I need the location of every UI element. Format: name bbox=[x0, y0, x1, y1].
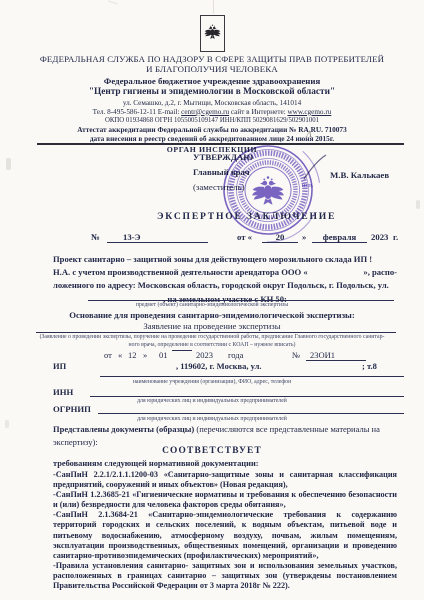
contact-line: Тел. 8-495-586-12-11 E-mail: centr@cgemo… bbox=[0, 108, 424, 116]
verdict-title: СООТВЕТСТВУЕТ bbox=[0, 446, 424, 456]
scan-speck bbox=[6, 158, 11, 170]
app-quote-close: » bbox=[143, 350, 147, 360]
ogrnip-caption: для юридических лиц и индивидуальных пре… bbox=[0, 416, 424, 422]
scan-speck bbox=[416, 200, 420, 209]
email-link: centr@cgemo.ru bbox=[181, 108, 229, 116]
basis-value: Заявление на проведение экспертизы bbox=[0, 321, 424, 331]
site-label: сайт в Интернете: bbox=[231, 108, 286, 116]
organization-type: Федеральное бюджетное учреждение здравоо… bbox=[0, 76, 424, 86]
day-value: 20 bbox=[262, 232, 298, 243]
document-number-line: № 13-Э от « 20 » февраля 2023 г. bbox=[0, 232, 424, 246]
ogrnip-underline bbox=[98, 413, 404, 414]
applicant-caption: наименование учреждения (организации), Ф… bbox=[0, 379, 424, 385]
scan-crease bbox=[213, 0, 214, 14]
phone-email-label: Тел. 8-495-586-12-11 E-mail: bbox=[93, 108, 180, 116]
year-suffix: г. bbox=[393, 232, 398, 242]
official-round-stamp bbox=[212, 134, 324, 246]
normative-item: -СанПиН 1.2.3685-21 «Гигиенические норма… bbox=[53, 490, 397, 510]
month-value: февраля bbox=[312, 232, 367, 243]
app-year: 2023 bbox=[196, 350, 213, 360]
scanned-expert-conclusion-document: ФЕДЕРАЛЬНАЯ СЛУЖБА ПО НАДЗОРУ В СФЕРЕ ЗА… bbox=[0, 0, 424, 600]
ogrnip-label: ОГРНИП bbox=[53, 404, 91, 414]
state-emblem-icon bbox=[200, 15, 225, 52]
approver-name: М.В. Калькаев bbox=[330, 170, 389, 180]
applicant-line: ИП , 119602, г. Москва, ул. ; т.8 bbox=[0, 361, 424, 375]
app-blank bbox=[172, 350, 192, 351]
registration-codes: ОКПО 01934868 ОГРН 1055005109147 ИНН/КПП… bbox=[0, 117, 424, 124]
verdict-intro: требованиям следующей нормативной докуме… bbox=[53, 459, 259, 468]
inn-underline bbox=[90, 396, 404, 397]
normative-documents-list: -СанПиН 2.2.1/2.1.1.1200-03 «Санитарно-з… bbox=[53, 470, 397, 591]
quote-close: » bbox=[302, 232, 306, 242]
app-day: 12 bbox=[128, 350, 137, 360]
subject-line1: Проект санитарно – защитной зоны для дей… bbox=[53, 253, 397, 266]
subject-underline bbox=[88, 300, 394, 301]
basis-caption-line1: (Заявление о проведении экспертизы, пору… bbox=[0, 334, 424, 340]
applicant-underline bbox=[100, 376, 404, 377]
app-quote-open: « bbox=[118, 350, 122, 360]
year-value: 2023 bbox=[371, 232, 388, 242]
subject-line2: Н.А. с учетом производственной деятельно… bbox=[53, 266, 397, 279]
app-year-word: года bbox=[228, 350, 243, 360]
website-link: www.cgemo.ru bbox=[287, 108, 331, 116]
applicant-type: ИП bbox=[53, 361, 66, 371]
basis-heading: Основание для проведения санитарно-эпиде… bbox=[0, 310, 424, 320]
basis-caption-line2: ного врача, определение в соответствии с… bbox=[0, 342, 424, 348]
normative-item: -СанПиН 2.1.3684-21 «Санитарно-эпидемиол… bbox=[53, 510, 397, 560]
app-month: 01 bbox=[159, 350, 168, 360]
inn-caption: для юридических лиц и индивидуальных пре… bbox=[0, 398, 424, 404]
organization-name: "Центр гигиены и эпидемиологии в Московс… bbox=[0, 87, 424, 97]
document-title: ЭКСПЕРТНОЕ ЗАКЛЮЧЕНИЕ bbox=[157, 211, 336, 222]
subject-caption: предмет (объект) санитарно-эпидемиологич… bbox=[0, 302, 424, 308]
document-number-value: 13-Э bbox=[107, 232, 208, 243]
app-from-label: от bbox=[104, 350, 112, 360]
organization-address: ул. Семашко, д.2, г. Мытищи, Московская … bbox=[0, 99, 424, 107]
applicant-address: , 119602, г. Москва, ул. bbox=[176, 361, 262, 371]
app-number-value: 23ОИ1 bbox=[306, 350, 366, 361]
agency-name: ФЕДЕРАЛЬНАЯ СЛУЖБА ПО НАДЗОРУ В СФЕРЕ ЗА… bbox=[36, 55, 388, 75]
expertise-subject: Проект санитарно – защитной зоны для дей… bbox=[53, 253, 397, 306]
date-from-label: от « bbox=[237, 232, 252, 242]
basis-underline bbox=[36, 332, 396, 333]
applicant-phone: ; т.8 bbox=[362, 361, 377, 371]
number-sign: № bbox=[91, 232, 100, 242]
subject-line2-start: Н.А. с учетом производственной деятельно… bbox=[53, 266, 308, 279]
accreditation-certificate: Аттестат аккредитации Федеральной службы… bbox=[0, 125, 424, 134]
inn-label: ИНН bbox=[53, 387, 73, 397]
app-number-sign: № bbox=[292, 350, 300, 360]
normative-item: -Правила установления санитарно- защитны… bbox=[53, 561, 397, 591]
normative-item: -СанПиН 2.2.1/2.1.1.1200-03 «Санитарно-з… bbox=[53, 470, 397, 490]
scan-crease bbox=[108, 0, 118, 4]
subject-line3: ложенного по адресу: Московская область,… bbox=[53, 279, 397, 292]
documents-label: Представлены документы (образцы) bbox=[53, 424, 194, 434]
subject-line2-end: », распо- bbox=[363, 266, 397, 279]
